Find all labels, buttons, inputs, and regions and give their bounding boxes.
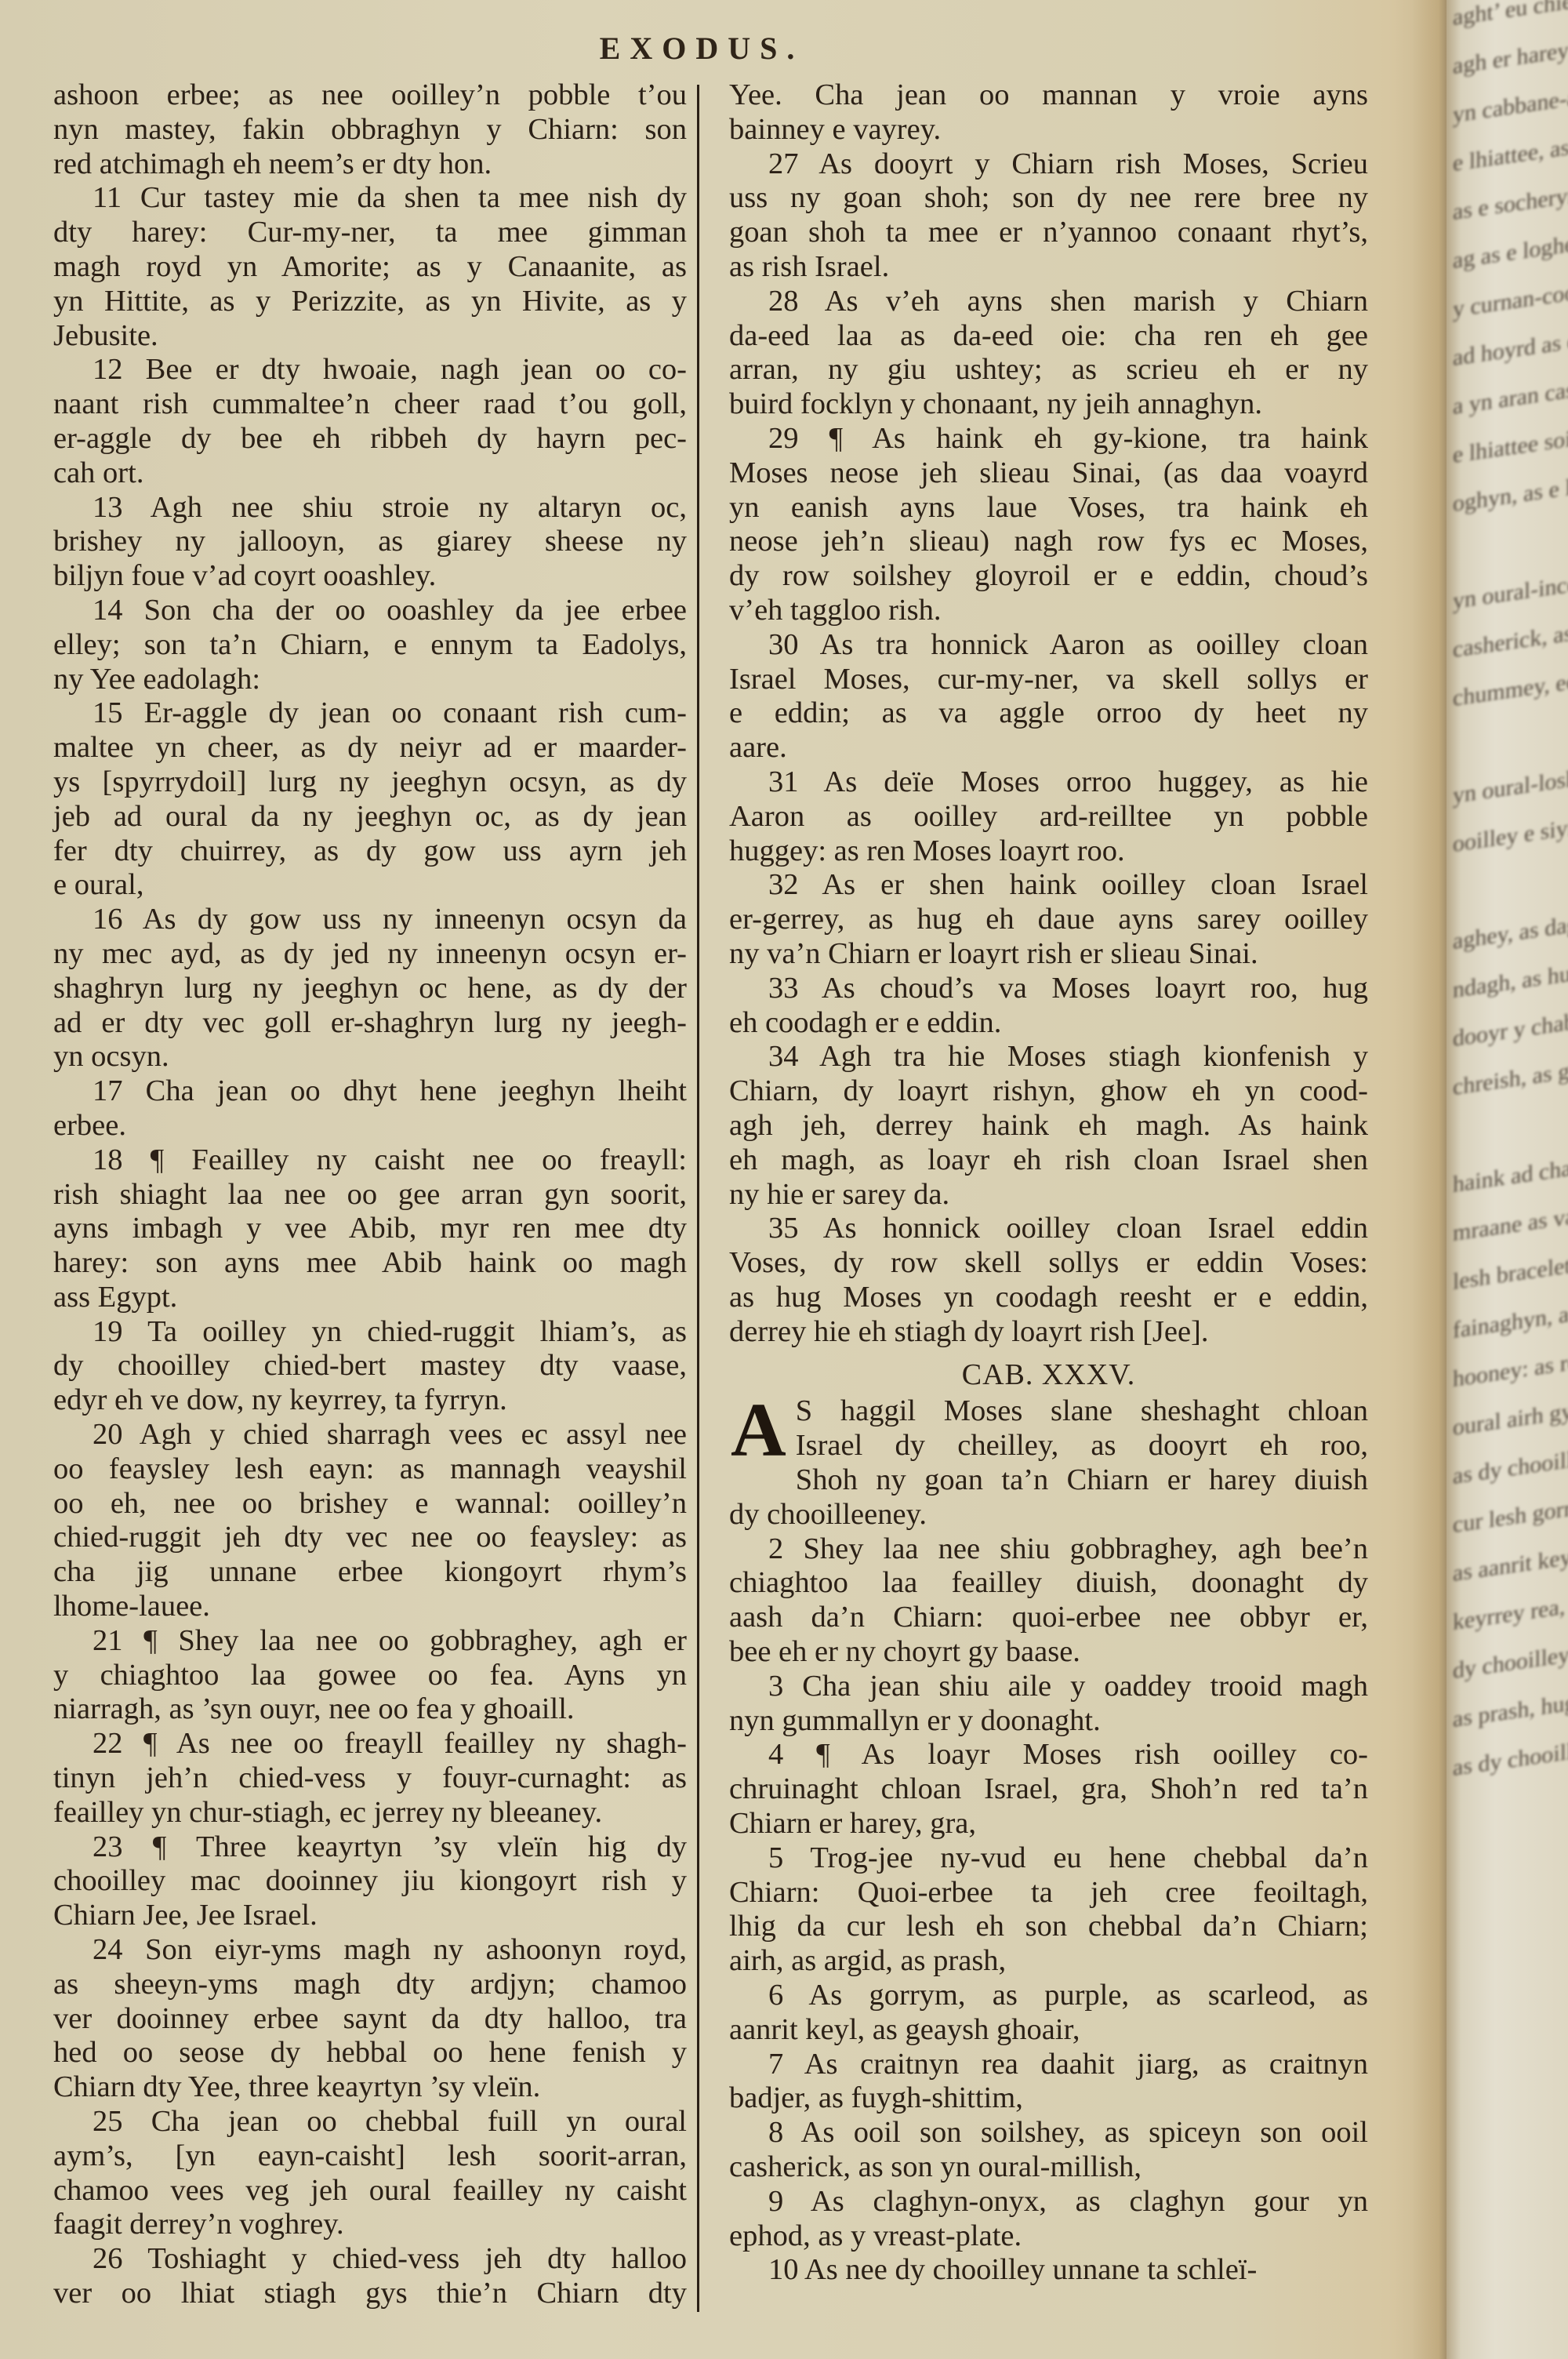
text-line: huggey: as ren Moses loayrt roo. xyxy=(729,834,1368,869)
text-line: 32 As er shen haink ooilley cloan Israel xyxy=(729,868,1368,903)
text-line: arran, ny giu ushtey; as scrieu eh er ny xyxy=(729,353,1368,387)
text-line: 14 Son cha der oo ooashley da jee erbee xyxy=(53,594,687,628)
text-line: neose jeh’n slieau) nagh row fys ec Mose… xyxy=(729,525,1368,559)
adjacent-page-text: aght’ eu chiet, as yagh er harey;yn cabb… xyxy=(1453,0,1568,1799)
text-line: tinyn jeh’n chied-vess y fouyr-curnaght:… xyxy=(53,1761,687,1796)
text-line: 7 As craitnyn rea daahit jiarg, as crait… xyxy=(729,2048,1368,2082)
text-line: 10 As nee dy chooilley unnane ta schleï- xyxy=(729,2253,1368,2288)
text-line: faagit derrey’n voghrey. xyxy=(53,2208,687,2242)
text-line: Aaron as ooilley ard-reilltee yn pobble xyxy=(729,800,1368,834)
text-line: nyn gummallyn er y doonaght. xyxy=(729,1704,1368,1739)
text-line: Jebusite. xyxy=(53,319,687,354)
text-line: chamoo vees veg jeh oural feailley ny ca… xyxy=(53,2174,687,2208)
text-line: 11 Cur tastey mie da shen ta mee nish dy xyxy=(53,181,687,216)
text-line: 26 Toshiaght y chied-vess jeh dty halloo xyxy=(53,2242,687,2277)
text-line: ver dooinney erbee saynt da dty halloo, … xyxy=(53,2002,687,2037)
text-line: naant rish cummaltee’n cheer raad t’ou g… xyxy=(53,387,687,422)
book-page: EXODUS. ashoon erbee; as nee ooilley’n p… xyxy=(0,0,1446,2359)
text-line: ass Egypt. xyxy=(53,1281,687,1315)
text-line: edyr eh ve dow, ny keyrrey, ta fyrryn. xyxy=(53,1383,687,1418)
text-line: Yee. Cha jean oo mannan y vroie ayns xyxy=(729,78,1368,113)
text-line: aare. xyxy=(729,731,1368,765)
text-line: er-gerrey, as hug eh daue ayns sarey ooi… xyxy=(729,903,1368,937)
text-line: chied-ruggit jeh dty vec nee oo feaysley… xyxy=(53,1521,687,1555)
text-line: aanrit keyl, as geaysh ghoair, xyxy=(729,2013,1368,2048)
text-line: derrey hie eh stiagh dy loayrt rish [Jee… xyxy=(729,1315,1368,1350)
text-line: chiaghtoo laa feailley diuish, doonaght … xyxy=(729,1566,1368,1601)
right-column: Yee. Cha jean oo mannan y vroie aynsbain… xyxy=(729,78,1368,2288)
text-line: 21 ¶ Shey laa nee oo gobbraghey, agh er xyxy=(53,1624,687,1659)
text-line: 17 Cha jean oo dhyt hene jeeghyn lheiht xyxy=(53,1074,687,1109)
text-line: Chiarn, dy loayrt rishyn, ghow eh yn coo… xyxy=(729,1074,1368,1109)
text-line: eh magh, as loayr eh rish cloan Israel s… xyxy=(729,1143,1368,1178)
text-line: 13 Agh nee shiu stroie ny altaryn oc, xyxy=(53,491,687,525)
text-line: dy row soilshey gloyroil er e eddin, cho… xyxy=(729,559,1368,594)
text-line: ad er dty vec goll er-shaghryn lurg ny j… xyxy=(53,1006,687,1041)
text-line: oo feaysley lesh eayn: as mannagh veaysh… xyxy=(53,1452,687,1487)
text-line: 12 Bee er dty hwoaie, nagh jean oo co- xyxy=(53,353,687,387)
left-column: ashoon erbee; as nee ooilley’n pobble t’… xyxy=(53,78,687,2311)
text-line: 27 As dooyrt y Chiarn rish Moses, Scrieu xyxy=(729,147,1368,182)
text-line: Moses neose jeh slieau Sinai, (as daa vo… xyxy=(729,456,1368,491)
text-line: oo eh, nee oo brishey e wannal: ooilley’… xyxy=(53,1487,687,1521)
adjacent-page-curl: aght’ eu chiet, as yagh er harey;yn cabb… xyxy=(1446,0,1568,2359)
text-line: dy chooilleeney. xyxy=(729,1498,1368,1532)
text-line: 5 Trog-jee ny-vud eu hene chebbal da’n xyxy=(729,1841,1368,1876)
text-line: erbee. xyxy=(53,1109,687,1143)
text-line: cha jig unnane erbee kiongoyrt rhym’s xyxy=(53,1555,687,1590)
column-rule xyxy=(697,85,699,2312)
text-line: 19 Ta ooilley yn chied-ruggit lhiam’s, a… xyxy=(53,1315,687,1350)
text-line: chooilley mac dooinney jiu kiongoyrt ris… xyxy=(53,1864,687,1899)
text-line: hed oo seose dy hebbal oo hene fenish y xyxy=(53,2036,687,2070)
right-column-verses: Yee. Cha jean oo mannan y vroie aynsbain… xyxy=(729,78,1368,1349)
text-line: ayns imbagh y vee Abib, myr ren mee dty xyxy=(53,1212,687,1246)
text-line: 3 Cha jean shiu aile y oaddey trooid mag… xyxy=(729,1670,1368,1704)
text-line: agh jeh, derrey haink eh magh. As haink xyxy=(729,1109,1368,1143)
text-line: 20 Agh y chied sharragh vees ec assyl ne… xyxy=(53,1418,687,1452)
text-line: 16 As dy gow uss ny inneenyn ocsyn da xyxy=(53,903,687,937)
text-line: aym’s, [yn eayn-caisht] lesh soorit-arra… xyxy=(53,2139,687,2174)
text-line: as sheeyn-yms magh dty ardjyn; chamoo xyxy=(53,1968,687,2002)
text-line: magh royd yn Amorite; as y Canaanite, as xyxy=(53,250,687,285)
text-line: chruinaght chloan Israel, gra, Shoh’n re… xyxy=(729,1772,1368,1807)
text-line: maltee yn cheer, as dy neiyr ad er maard… xyxy=(53,731,687,765)
text-line: 29 ¶ As haink eh gy-kione, tra haink xyxy=(729,422,1368,456)
text-line: shaghryn lurg ny jeeghyn oc hene, as dy … xyxy=(53,972,687,1006)
text-line: 35 As honnick ooilley cloan Israel eddin xyxy=(729,1212,1368,1246)
text-line: as rish Israel. xyxy=(729,250,1368,285)
text-line: ys [spyrrydoil] lurg ny jeeghyn ocsyn, a… xyxy=(53,765,687,800)
text-line: 25 Cha jean oo chebbal fuill yn oural xyxy=(53,2105,687,2139)
text-line: cah ort. xyxy=(53,456,687,491)
text-line: 30 As tra honnick Aaron as ooilley cloan xyxy=(729,628,1368,663)
text-line: bee eh er ny choyrt gy baase. xyxy=(729,1635,1368,1670)
running-header: EXODUS. xyxy=(0,30,1403,67)
text-line: eh coodagh er e eddin. xyxy=(729,1006,1368,1041)
text-line: 28 As v’eh ayns shen marish y Chiarn xyxy=(729,285,1368,319)
text-line: ny Yee eadolagh: xyxy=(53,663,687,697)
text-line: lhig da cur lesh eh son chebbal da’n Chi… xyxy=(729,1910,1368,1944)
drop-cap: A xyxy=(731,1398,786,1463)
text-line: Chiarn: Quoi-erbee ta jeh cree feoiltagh… xyxy=(729,1876,1368,1910)
text-line: Chiarn dty Yee, three keayrtyn ’sy vleïn… xyxy=(53,2070,687,2105)
chapter-heading: CAB. XXXV. xyxy=(729,1349,1368,1394)
text-line: e eddin; as va aggle orroo dy heet ny xyxy=(729,696,1368,731)
text-line: y chiaghtoo laa gowee oo fea. Ayns yn xyxy=(53,1659,687,1693)
text-line: dty harey: Cur-my-ner, ta mee gimman xyxy=(53,216,687,250)
text-line: yn eanish ayns laue Voses, tra haink eh xyxy=(729,491,1368,525)
text-line: 22 ¶ As nee oo freayll feailley ny shagh… xyxy=(53,1727,687,1761)
text-line: Shoh ny goan ta’n Chiarn er harey diuish xyxy=(729,1463,1368,1498)
text-line: rish shiaght laa nee oo gee arran gyn so… xyxy=(53,1178,687,1212)
text-line: brishey ny jallooyn, as giarey sheese ny xyxy=(53,525,687,559)
text-line: casherick, as son yn oural-millish, xyxy=(729,2150,1368,2185)
text-line: Israel dy cheilley, as dooyrt eh roo, xyxy=(729,1429,1368,1463)
text-line: red atchimagh eh neem’s er dty hon. xyxy=(53,147,687,182)
text-line: nyn mastey, fakin obbraghyn y Chiarn: so… xyxy=(53,113,687,147)
text-line: lhome-lauee. xyxy=(53,1590,687,1624)
text-line: jeb ad oural da ny jeeghyn oc, as dy jea… xyxy=(53,800,687,834)
gutter-shadow xyxy=(1411,0,1450,2359)
text-line: er-aggle dy bee eh ribbeh dy hayrn pec- xyxy=(53,422,687,456)
text-line: bainney e vayrey. xyxy=(729,113,1368,147)
text-line: dy chooilley chied-bert mastey dty vaase… xyxy=(53,1349,687,1383)
text-line: uss ny goan shoh; son dy nee rere bree n… xyxy=(729,181,1368,216)
text-line: ny hie er sarey da. xyxy=(729,1178,1368,1212)
text-line: Voses, dy row skell sollys er eddin Vose… xyxy=(729,1246,1368,1281)
text-line: 15 Er-aggle dy jean oo conaant rish cum- xyxy=(53,696,687,731)
text-line: S haggil Moses slane sheshaght chloan xyxy=(729,1394,1368,1429)
chapter-body: A S haggil Moses slane sheshaght chloanI… xyxy=(729,1394,1368,2288)
text-line: v’eh taggloo rish. xyxy=(729,594,1368,628)
text-line: yn Hittite, as y Perizzite, as yn Hivite… xyxy=(53,285,687,319)
text-line: ny va’n Chiarn er loayrt rish er slieau … xyxy=(729,937,1368,972)
text-line: da-eed laa as da-eed oie: cha ren eh gee xyxy=(729,319,1368,354)
text-line: 4 ¶ As loayr Moses rish ooilley co- xyxy=(729,1738,1368,1772)
text-line: e oural, xyxy=(53,868,687,903)
text-line: 6 As gorrym, as purple, as scarleod, as xyxy=(729,1979,1368,2013)
text-line: 9 As claghyn-onyx, as claghyn gour yn xyxy=(729,2185,1368,2219)
text-line: 2 Shey laa nee shiu gobbraghey, agh bee’… xyxy=(729,1532,1368,1567)
text-line: 31 As deïe Moses orroo huggey, as hie xyxy=(729,765,1368,800)
text-line: airh, as argid, as prash, xyxy=(729,1944,1368,1979)
text-line: biljyn foue v’ad coyrt ooashley. xyxy=(53,559,687,594)
text-line: harey: son ayns mee Abib haink oo magh xyxy=(53,1246,687,1281)
text-line: elley; son ta’n Chiarn, e ennym ta Eadol… xyxy=(53,628,687,663)
text-line: badjer, as fuygh-shittim, xyxy=(729,2081,1368,2116)
text-line: 24 Son eiyr-yms magh ny ashoonyn royd, xyxy=(53,1933,687,1968)
text-line: niarragh, as ’syn ouyr, nee oo fea y gho… xyxy=(53,1692,687,1727)
text-line: Chiarn Jee, Jee Israel. xyxy=(53,1899,687,1933)
text-line: 23 ¶ Three keayrtyn ’sy vleïn hig dy xyxy=(53,1830,687,1865)
text-line: ver oo lhiat stiagh gys thie’n Chiarn dt… xyxy=(53,2277,687,2311)
text-line: goan shoh ta mee er n’yannoo conaant rhy… xyxy=(729,216,1368,250)
text-line: 18 ¶ Feailley ny caisht nee oo freayll: xyxy=(53,1143,687,1178)
text-line: buird focklyn y chonaant, ny jeih annagh… xyxy=(729,387,1368,422)
text-line: ny mec ayd, as dy jed ny inneenyn ocsyn … xyxy=(53,937,687,972)
text-line: ephod, as y vreast-plate. xyxy=(729,2219,1368,2254)
text-line: as hug Moses yn coodagh reesht er e eddi… xyxy=(729,1281,1368,1315)
text-line: 8 As ooil son soilshey, as spiceyn son o… xyxy=(729,2116,1368,2150)
text-line: Chiarn er harey, gra, xyxy=(729,1807,1368,1841)
text-line: Israel Moses, cur-my-ner, va skell solly… xyxy=(729,663,1368,697)
text-line: aash da’n Chiarn: quoi-erbee nee obbyr e… xyxy=(729,1601,1368,1635)
text-line: feailley yn chur-stiagh, ec jerrey ny bl… xyxy=(53,1796,687,1830)
text-line: 33 As choud’s va Moses loayrt roo, hug xyxy=(729,972,1368,1006)
text-line: ashoon erbee; as nee ooilley’n pobble t’… xyxy=(53,78,687,113)
text-line: yn ocsyn. xyxy=(53,1040,687,1074)
text-line: 34 Agh tra hie Moses stiagh kionfenish y xyxy=(729,1040,1368,1074)
text-line: fer dty chuirrey, as dy gow uss ayrn jeh xyxy=(53,834,687,869)
